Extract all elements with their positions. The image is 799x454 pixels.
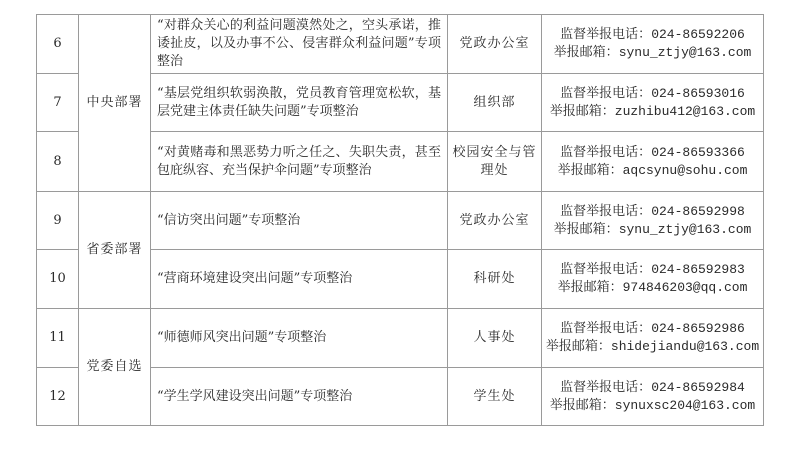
phone-label: 监督举报电话： [560,262,651,277]
table-row: 9 省委部署 “信访突出问题”专项整治 党政办公室 监督举报电话：024-865… [37,192,764,250]
contact-cell: 监督举报电话：024-86592998 举报邮箱：synu_ztjy@163.c… [542,192,764,250]
responsible-department: 组织部 [448,74,542,132]
email-address: 974846203@qq.com [623,280,748,295]
phone-label: 监督举报电话： [560,86,651,101]
email-address: shidejiandu@163.com [611,339,759,354]
responsible-department: 党政办公室 [448,15,542,74]
row-number: 11 [37,309,79,368]
table-row: 6 中央部署 “对群众关心的利益问题漠然处之，空头承诺，推诿扯皮，以及办事不公、… [37,15,764,74]
phone-number: 024-86592998 [651,204,745,219]
email-label: 举报邮箱： [550,398,615,413]
row-number: 7 [37,74,79,132]
row-number: 6 [37,15,79,74]
email-address: synu_ztjy@163.com [619,222,752,237]
responsible-department: 党政办公室 [448,192,542,250]
email-address: aqcsynu@sohu.com [623,163,748,178]
table-row: 11 党委自选 “师德师风突出问题”专项整治 人事处 监督举报电话：024-86… [37,309,764,368]
row-number: 12 [37,368,79,426]
phone-number: 024-86593366 [651,145,745,160]
phone-number: 024-86593016 [651,86,745,101]
email-label: 举报邮箱： [558,163,623,178]
task-description: “信访突出问题”专项整治 [151,192,448,250]
category-cell: 省委部署 [79,192,151,309]
responsible-department: 人事处 [448,309,542,368]
contact-cell: 监督举报电话：024-86593016 举报邮箱：zuzhibu412@163.… [542,74,764,132]
task-description: “学生学风建设突出问题”专项整治 [151,368,448,426]
responsible-department: 校园安全与管理处 [448,132,542,192]
phone-label: 监督举报电话： [560,145,651,160]
contact-cell: 监督举报电话：024-86593366 举报邮箱：aqcsynu@sohu.co… [542,132,764,192]
phone-number: 024-86592983 [651,262,745,277]
phone-number: 024-86592986 [651,321,745,336]
row-number: 10 [37,250,79,309]
special-rectification-table: 6 中央部署 “对群众关心的利益问题漠然处之，空头承诺，推诿扯皮，以及办事不公、… [36,14,764,426]
task-description: “师德师风突出问题”专项整治 [151,309,448,368]
task-description: “对群众关心的利益问题漠然处之，空头承诺，推诿扯皮，以及办事不公、侵害群众利益问… [151,15,448,74]
email-address: synuxsc204@163.com [615,398,755,413]
category-cell: 党委自选 [79,309,151,426]
task-description: “基层党组织软弱涣散，党员教育管理宽松软，基层党建主体责任缺失问题”专项整治 [151,74,448,132]
responsible-department: 学生处 [448,368,542,426]
phone-label: 监督举报电话： [560,27,651,42]
contact-cell: 监督举报电话：024-86592983 举报邮箱：974846203@qq.co… [542,250,764,309]
phone-label: 监督举报电话： [560,321,651,336]
phone-number: 024-86592206 [651,27,745,42]
task-description: “营商环境建设突出问题”专项整治 [151,250,448,309]
contact-cell: 监督举报电话：024-86592986 举报邮箱：shidejiandu@163… [542,309,764,368]
email-label: 举报邮箱： [558,280,623,295]
phone-label: 监督举报电话： [560,204,651,219]
phone-label: 监督举报电话： [560,380,651,395]
row-number: 9 [37,192,79,250]
responsible-department: 科研处 [448,250,542,309]
email-address: zuzhibu412@163.com [615,104,755,119]
email-address: synu_ztjy@163.com [619,45,752,60]
contact-cell: 监督举报电话：024-86592984 举报邮箱：synuxsc204@163.… [542,368,764,426]
task-description: “对黄赌毒和黑恶势力听之任之、失职失责，甚至包庇纵容、充当保护伞问题”专项整治 [151,132,448,192]
email-label: 举报邮箱： [554,222,619,237]
phone-number: 024-86592984 [651,380,745,395]
contact-cell: 监督举报电话：024-86592206 举报邮箱：synu_ztjy@163.c… [542,15,764,74]
row-number: 8 [37,132,79,192]
email-label: 举报邮箱： [546,339,611,354]
email-label: 举报邮箱： [554,45,619,60]
category-cell: 中央部署 [79,15,151,192]
email-label: 举报邮箱： [550,104,615,119]
